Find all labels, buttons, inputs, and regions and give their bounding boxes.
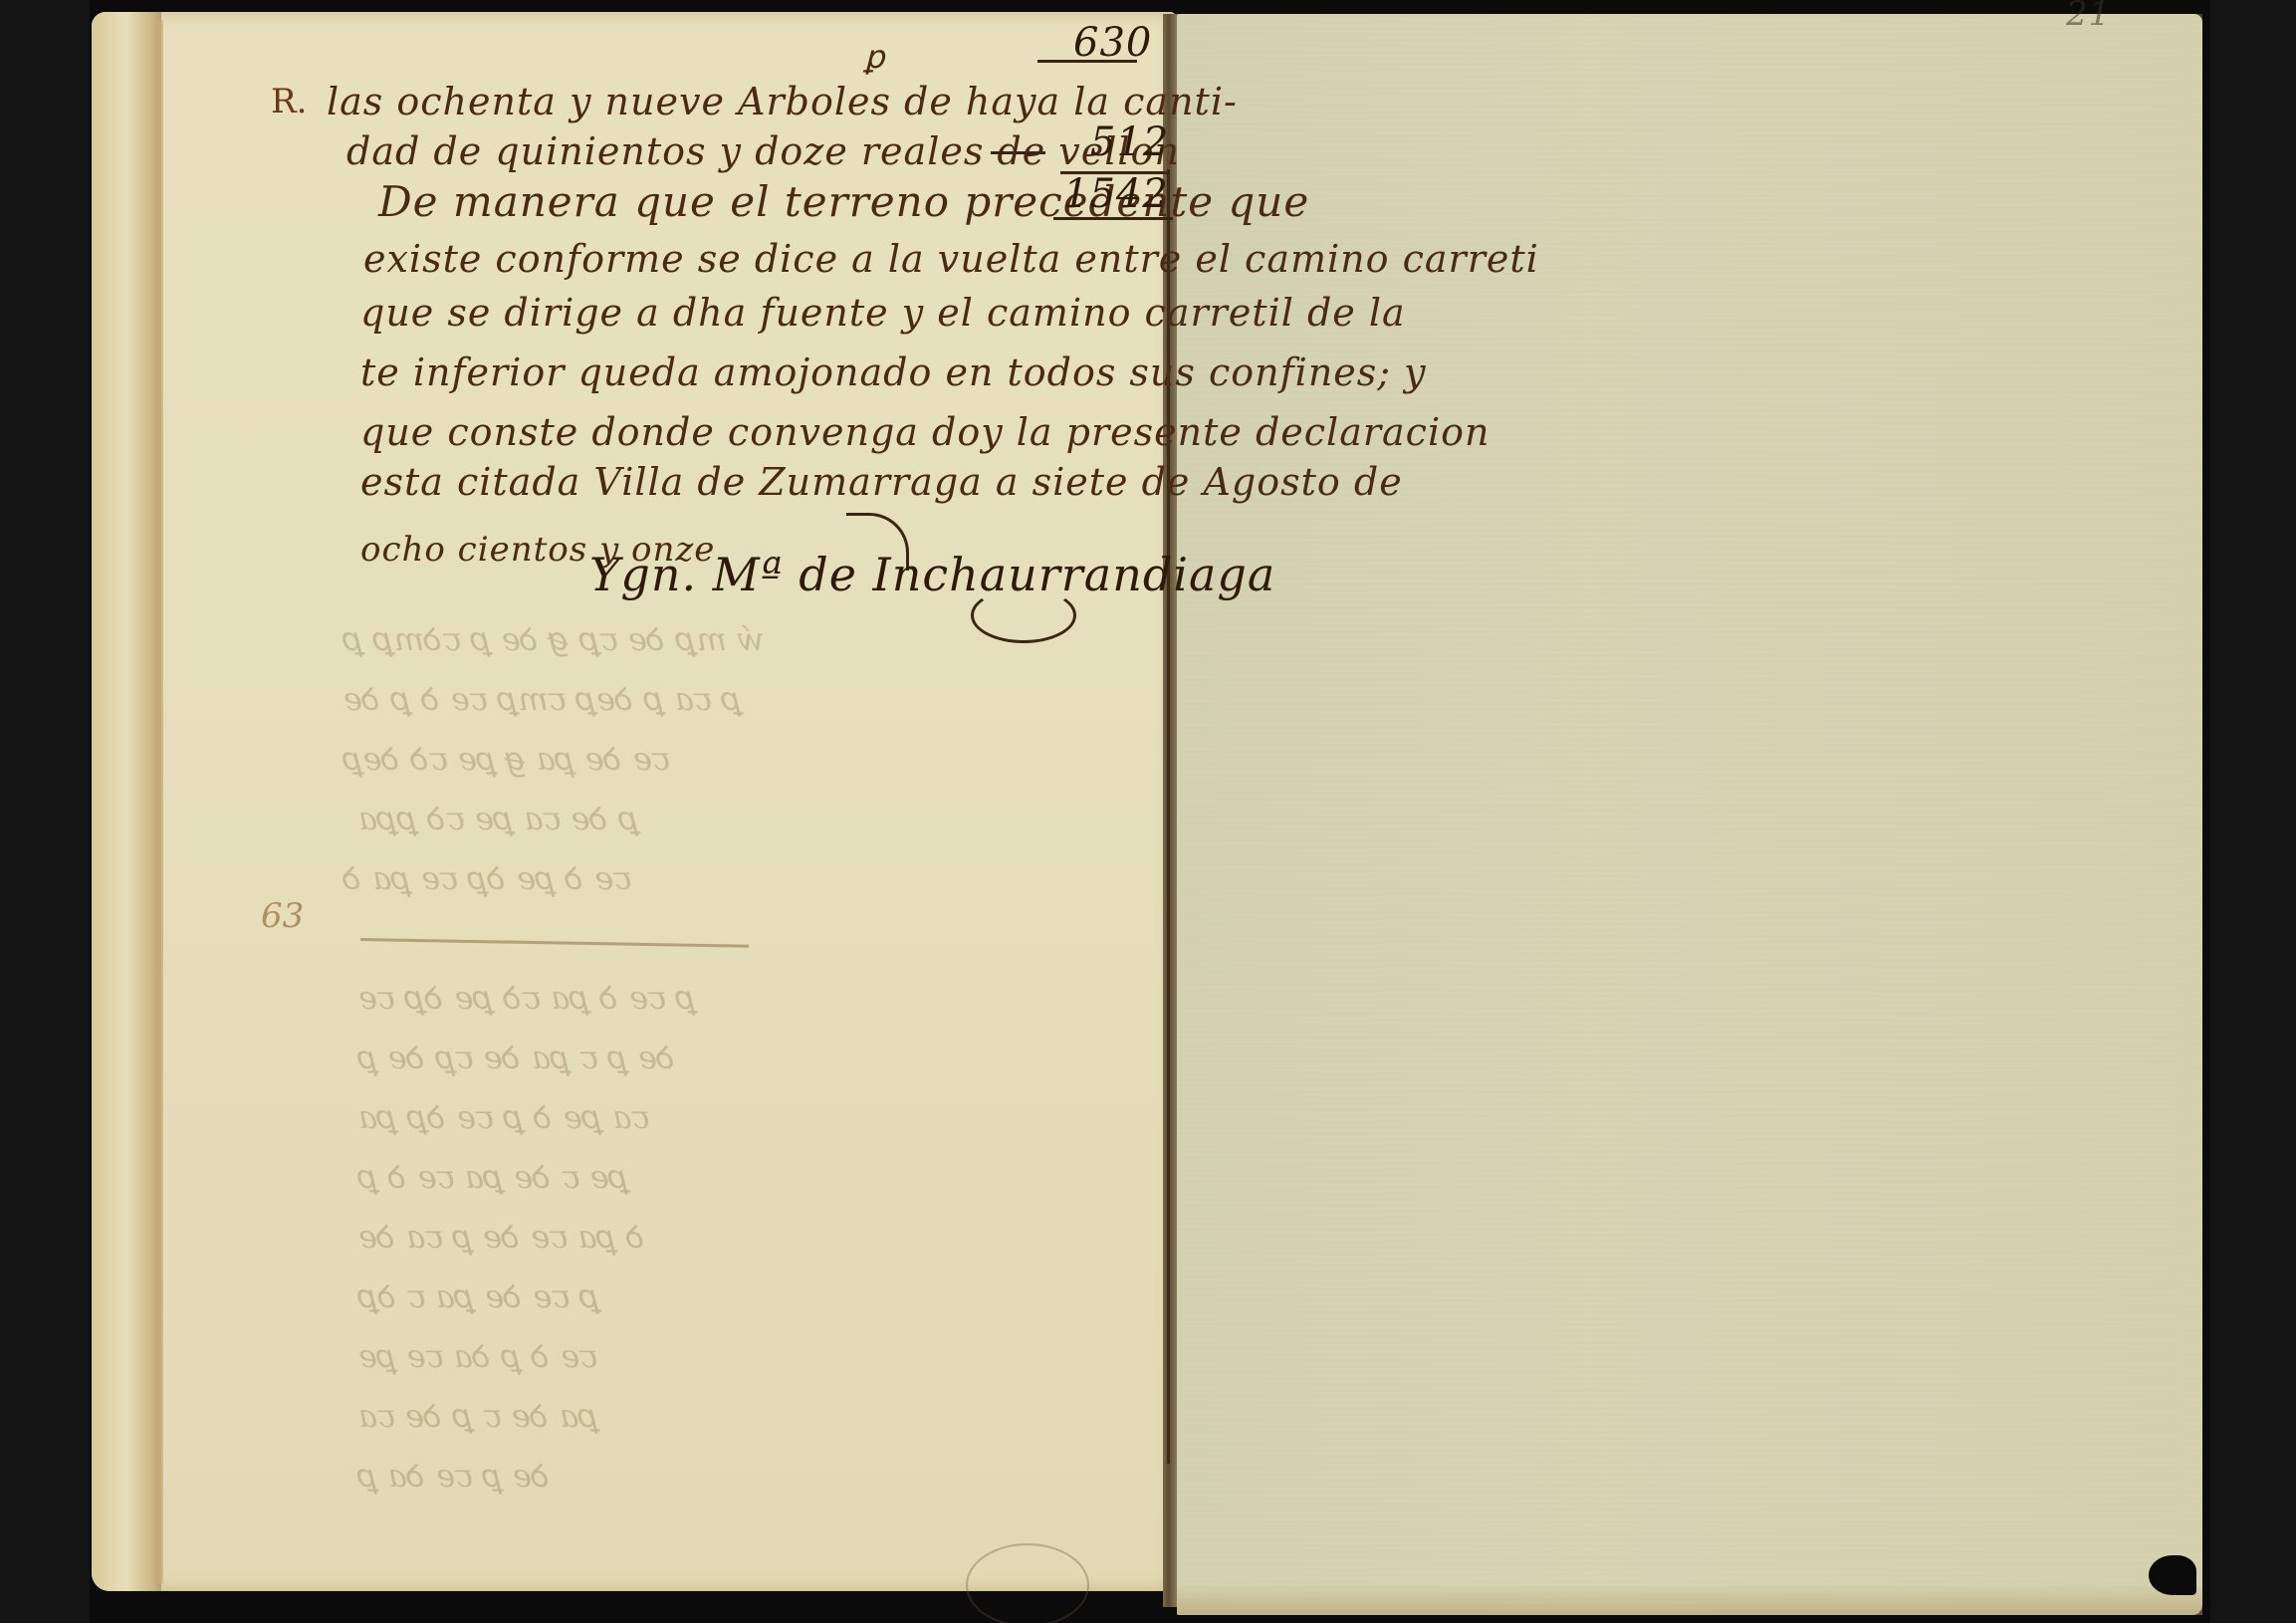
bleed-through-text: ꝑ ꞇe ꝺe ꝑa ꞇ ꝺꝑ <box>358 1275 600 1317</box>
amount-leader-line <box>991 151 1045 154</box>
bleed-through-text: ꝑ ꝺe ꞇa ꝑe ꞇꝺ ꝑꝑa <box>358 797 639 839</box>
fold-crease <box>157 20 163 1583</box>
bleed-through-text: ꞇa ꝑe ꝺ ꝑ ꞇe ꝺꝑ ꝑa <box>358 1095 650 1138</box>
faint-margin-number: 63 <box>261 896 304 936</box>
bleed-through-text: ẃ mꝑ ꝺe ꞇꝑ ꞡ ꝺe ꝑ ꞇꝺmꝑ ꝑ <box>344 617 765 660</box>
manuscript-line-6: te inferior queda amojonado en todos sus… <box>360 350 1427 394</box>
manuscript-line-1: las ochenta y nueve Arboles de haya la c… <box>327 80 1238 123</box>
top-mark: ꝑ <box>864 38 885 76</box>
manuscript-line-2: dad de quinientos y doze reales de vello… <box>346 129 1180 173</box>
folio-underline <box>1037 60 1137 63</box>
manuscript-line-4: existe conforme se dice a la vuelta entr… <box>363 237 1539 281</box>
right-page-corner-mark: 21 <box>2066 0 2111 34</box>
bleed-through-text: ꝑ ꞇe ꝺ ꝑa ꞇꝺ ꝑe ꝺꝑ ꞇe <box>358 976 697 1019</box>
bleed-through-text: ꞇe ꝺe ꝑa ꞡ ꝑe ꞇꝺ ꝺeꝑ <box>344 737 670 780</box>
amount-total-rule <box>1053 217 1173 220</box>
bleed-through-text: ꞇe ꝺ ꝑe ꝺꝑ ꞇe ꝑa ꝺ <box>344 856 631 899</box>
bleed-through-text: ꝺe ꝑ ꞇ ꝑa ꝺe ꞇꝑ ꝺe ꝑ <box>358 1036 676 1078</box>
manuscript-line-8: esta citada Villa de Zumarraga a siete d… <box>360 460 1403 504</box>
margin-mark: R. <box>271 82 307 121</box>
left-page-folded-edge <box>92 12 161 1591</box>
bleed-through-text: ꝺ ꝑa ꞇe ꝺe ꝑ ꞇa ꝺe <box>358 1215 646 1258</box>
bleed-through-text: ꝑa ꝺe ꞇ ꝑ ꝺe ꞇa <box>358 1394 599 1437</box>
manuscript-line-5: que se dirige a dha fuente y el camino c… <box>360 291 1406 335</box>
manuscript-line-7: que conste donde convenga doy la present… <box>360 410 1490 454</box>
bleed-through-text: ꝺe ꝑ ꞇe ꝺa ꝑ <box>358 1454 551 1497</box>
amount-1542: 1542 <box>1063 171 1169 217</box>
faint-rubric-sketch <box>966 1543 1089 1623</box>
bleed-through-text: ꞇe ꝺ ꝑ ꝺa ꞇe ꝑe <box>358 1334 597 1377</box>
signature-rubric-flourish <box>971 587 1076 643</box>
signature: Ygn. Mª de Inchaurrandiaga <box>589 548 1275 601</box>
right-page-bottom-stain <box>1177 1583 2202 1615</box>
bleed-through-text: ꝑe ꞇ ꝺe ꝑa ꞇe ꝺ ꝑ <box>358 1155 629 1198</box>
bleed-through-text: ꝑ ꞇa ꝑ ꝺeꝑ ꞇmꝑ ꞇe ꝺ ꝑ ꝺe <box>344 677 742 720</box>
amount-512: 512 <box>1090 119 1169 165</box>
right-page-damage-hole <box>2149 1555 2196 1595</box>
